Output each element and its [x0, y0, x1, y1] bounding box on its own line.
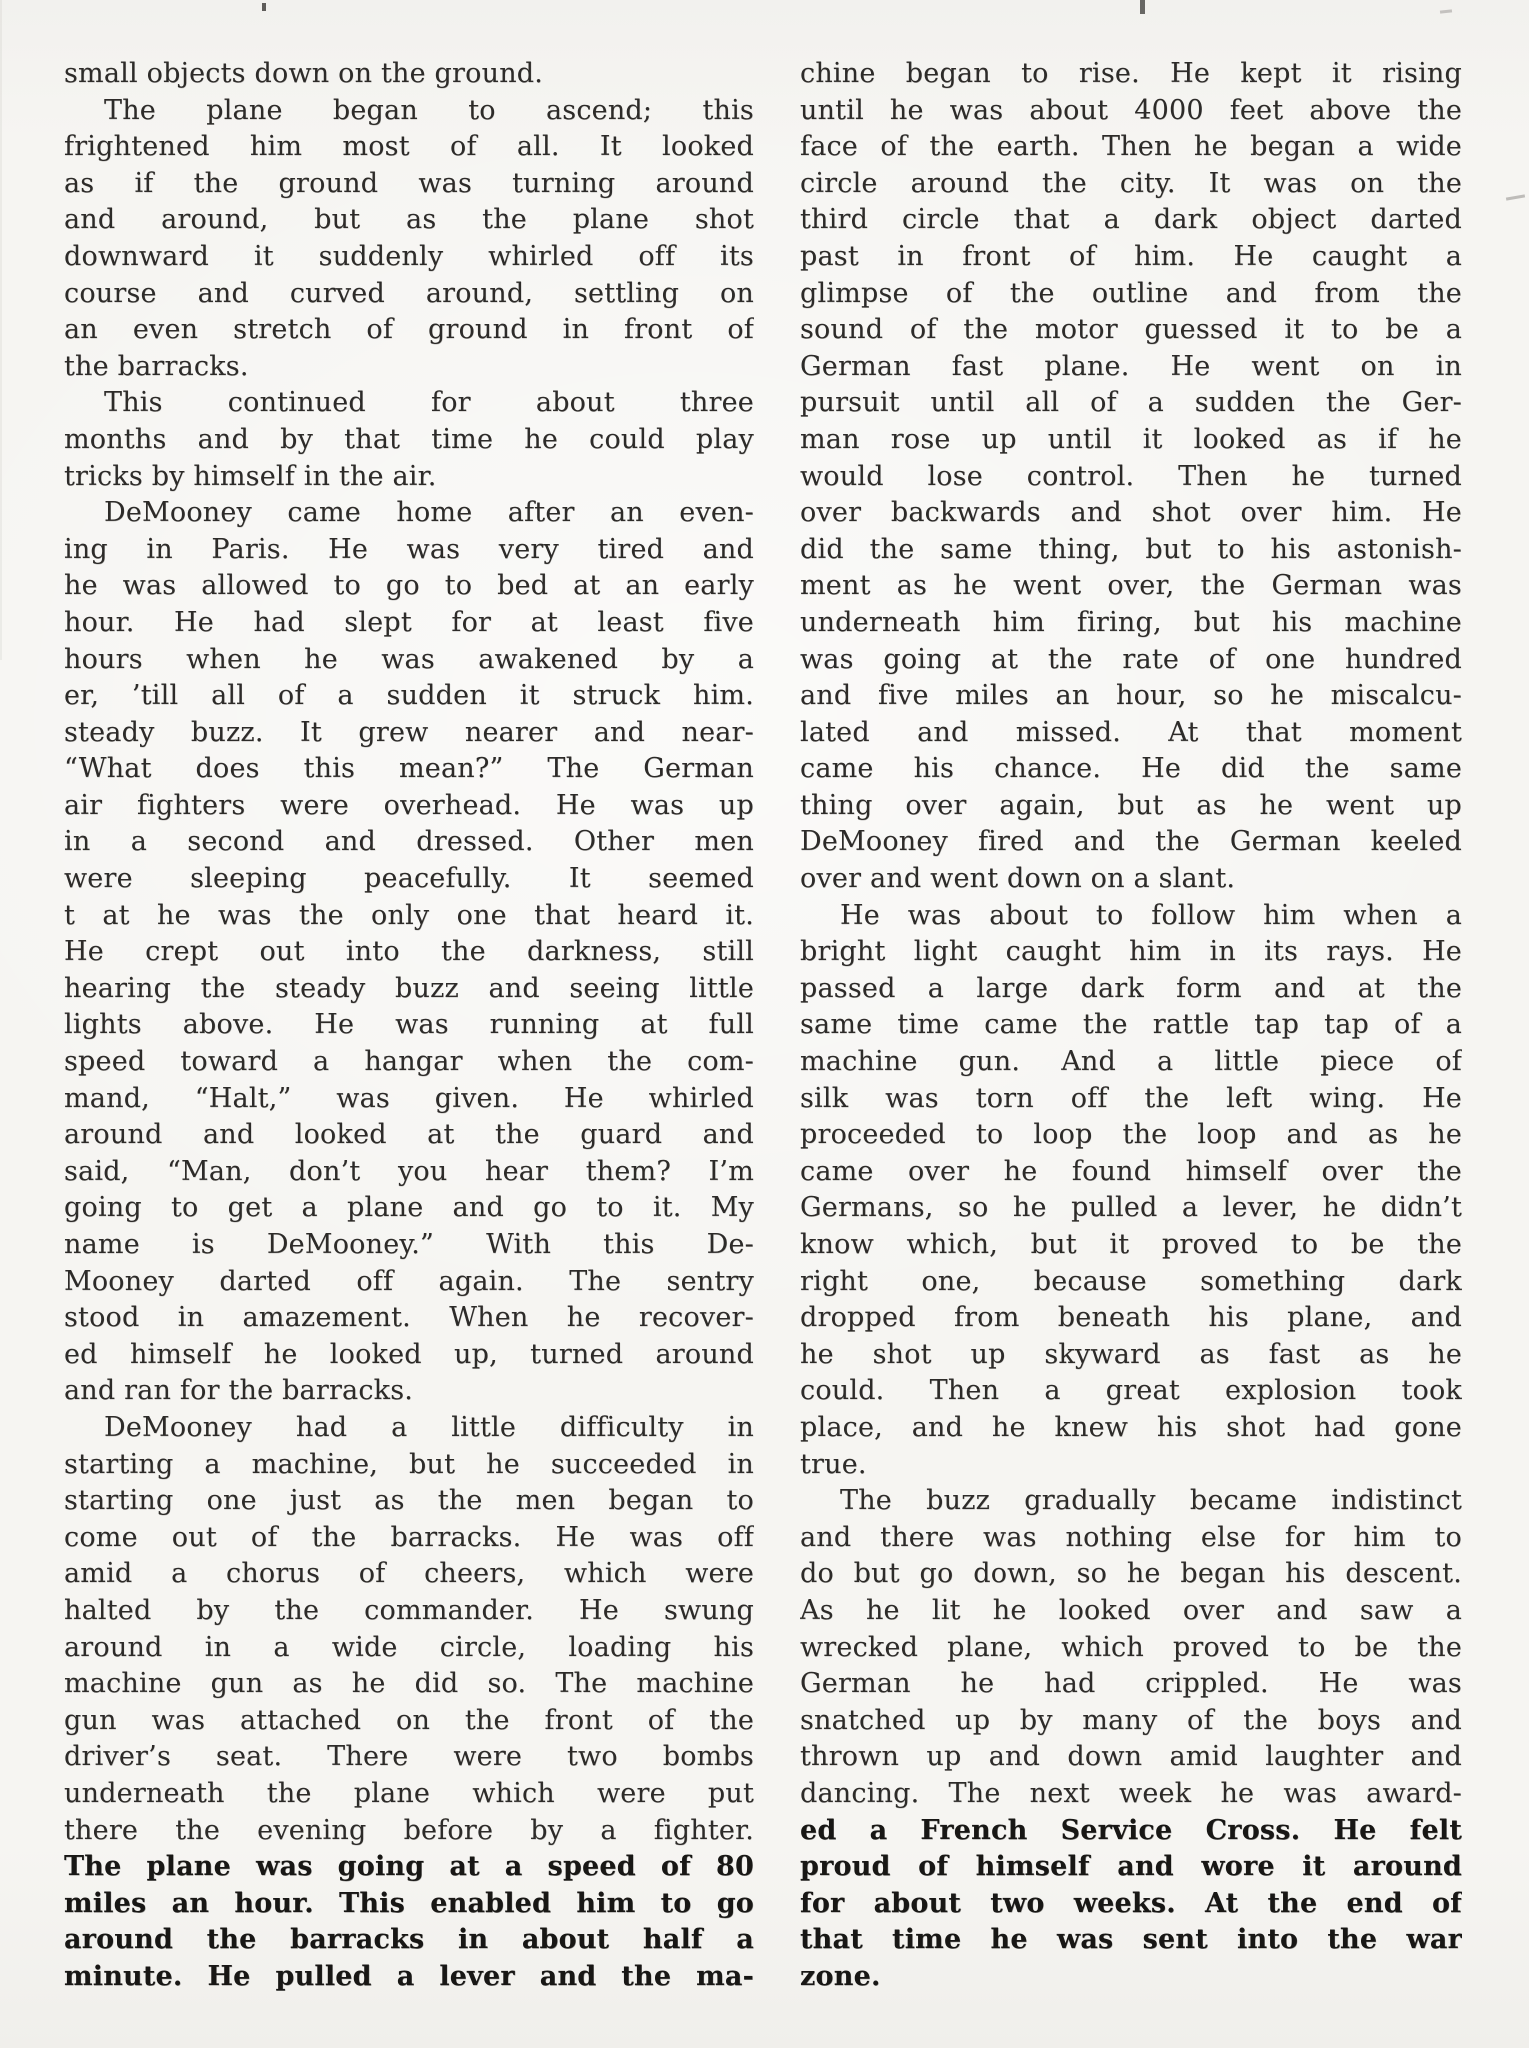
text-line: past in front of him. He caught a — [800, 239, 1462, 276]
text-line: DeMooney came home after an even- — [64, 495, 754, 532]
scan-speck — [262, 3, 266, 11]
left-text-column: small objects down on the ground.The pla… — [64, 56, 754, 1995]
text-line: ment as he went over, the German was — [800, 568, 1462, 605]
text-line: man rose up until it looked as if he — [800, 422, 1462, 459]
text-line: Mooney darted off again. The sentry — [64, 1264, 754, 1301]
text-line: would lose control. Then he turned — [800, 459, 1462, 496]
text-line: glimpse of the outline and from the — [800, 276, 1462, 313]
text-line: t at he was the only one that heard it. — [64, 898, 754, 935]
text-line: The plane was going at a speed of 80 — [64, 1849, 754, 1886]
text-line: name is DeMooney.” With this De- — [64, 1227, 754, 1264]
text-line: around and looked at the guard and — [64, 1117, 754, 1154]
text-line: ed a French Service Cross. He felt — [800, 1813, 1462, 1850]
text-line: as if the ground was turning around — [64, 166, 754, 203]
text-line: steady buzz. It grew nearer and near- — [64, 715, 754, 752]
text-line: there the evening before by a fighter. — [64, 1813, 754, 1850]
text-line: over backwards and shot over him. He — [800, 495, 1462, 532]
text-line: The buzz gradually became indistinct — [800, 1483, 1462, 1520]
scan-fold-line — [0, 0, 2, 660]
text-line: amid a chorus of cheers, which were — [64, 1556, 754, 1593]
text-line: This continued for about three — [64, 385, 754, 422]
text-line: starting one just as the men began to — [64, 1483, 754, 1520]
text-line: proud of himself and wore it around — [800, 1849, 1462, 1886]
text-line: dancing. The next week he was award- — [800, 1776, 1462, 1813]
text-line: miles an hour. This enabled him to go — [64, 1886, 754, 1923]
text-line: lights above. He was running at full — [64, 1007, 754, 1044]
text-line: dropped from beneath his plane, and — [800, 1300, 1462, 1337]
text-line: German fast plane. He went on in — [800, 349, 1462, 386]
text-line: proceeded to loop the loop and as he — [800, 1117, 1462, 1154]
text-line: er, ’till all of a sudden it struck him. — [64, 678, 754, 715]
text-line: machine gun as he did so. The machine — [64, 1666, 754, 1703]
text-line: he shot up skyward as fast as he — [800, 1337, 1462, 1374]
text-line: snatched up by many of the boys and — [800, 1703, 1462, 1740]
text-line: months and by that time he could play — [64, 422, 754, 459]
text-line: come out of the barracks. He was off — [64, 1520, 754, 1557]
text-line: around the barracks in about half a — [64, 1922, 754, 1959]
text-line: small objects down on the ground. — [64, 56, 754, 93]
text-line: the barracks. — [64, 349, 754, 386]
text-line: machine gun. And a little piece of — [800, 1044, 1462, 1081]
text-line: same time came the rattle tap tap of a — [800, 1007, 1462, 1044]
text-line: halted by the commander. He swung — [64, 1593, 754, 1630]
text-line: do but go down, so he began his descent. — [800, 1556, 1462, 1593]
text-line: place, and he knew his shot had gone — [800, 1410, 1462, 1447]
text-line: sound of the motor guessed it to be a — [800, 312, 1462, 349]
text-line: lated and missed. At that moment — [800, 715, 1462, 752]
text-line: chine began to rise. He kept it rising — [800, 56, 1462, 93]
text-line: and ran for the barracks. — [64, 1373, 754, 1410]
text-line: starting a machine, but he succeeded in — [64, 1447, 754, 1484]
text-line: and around, but as the plane shot — [64, 202, 754, 239]
text-line: he was allowed to go to bed at an early — [64, 568, 754, 605]
text-line: was going at the rate of one hundred — [800, 642, 1462, 679]
text-line: ing in Paris. He was very tired and — [64, 532, 754, 569]
text-line: an even stretch of ground in front of — [64, 312, 754, 349]
text-line: bright light caught him in its rays. He — [800, 934, 1462, 971]
scanned-page: { "document": { "kind": "scanned-book-pa… — [0, 0, 1529, 2048]
right-text-column: chine began to rise. He kept it risingun… — [800, 56, 1462, 1995]
text-line: downward it suddenly whirled off its — [64, 239, 754, 276]
text-line: frightened him most of all. It looked — [64, 129, 754, 166]
text-line: and five miles an hour, so he miscalcu- — [800, 678, 1462, 715]
text-line: were sleeping peacefully. It seemed — [64, 861, 754, 898]
text-line: for about two weeks. At the end of — [800, 1886, 1462, 1923]
text-line: He was about to follow him when a — [800, 898, 1462, 935]
text-line: true. — [800, 1447, 1462, 1484]
text-line: zone. — [800, 1959, 1462, 1996]
text-line: going to get a plane and go to it. My — [64, 1190, 754, 1227]
text-line: As he lit he looked over and saw a — [800, 1593, 1462, 1630]
scan-dash — [1506, 194, 1525, 200]
text-line: hour. He had slept for at least five — [64, 605, 754, 642]
text-line: tricks by himself in the air. — [64, 459, 754, 496]
text-line: circle around the city. It was on the — [800, 166, 1462, 203]
text-line: ed himself he looked up, turned around — [64, 1337, 754, 1374]
text-line: thrown up and down amid laughter and — [800, 1739, 1462, 1776]
text-line: Germans, so he pulled a lever, he didn’t — [800, 1190, 1462, 1227]
text-line: know which, but it proved to be the — [800, 1227, 1462, 1264]
text-line: underneath him firing, but his machine — [800, 605, 1462, 642]
text-line: “What does this mean?” The German — [64, 751, 754, 788]
text-line: German he had crippled. He was — [800, 1666, 1462, 1703]
text-line: could. Then a great explosion took — [800, 1373, 1462, 1410]
text-line: passed a large dark form and at the — [800, 971, 1462, 1008]
text-line: He crept out into the darkness, still — [64, 934, 754, 971]
text-line: DeMooney had a little difficulty in — [64, 1410, 754, 1447]
text-line: driver’s seat. There were two bombs — [64, 1739, 754, 1776]
text-line: gun was attached on the front of the — [64, 1703, 754, 1740]
text-line: came over he found himself over the — [800, 1154, 1462, 1191]
text-line: air fighters were overhead. He was up — [64, 788, 754, 825]
text-line: hearing the steady buzz and seeing littl… — [64, 971, 754, 1008]
text-line: stood in amazement. When he recover- — [64, 1300, 754, 1337]
text-line: speed toward a hangar when the com- — [64, 1044, 754, 1081]
text-line: until he was about 4000 feet above the — [800, 93, 1462, 130]
text-line: third circle that a dark object darted — [800, 202, 1462, 239]
text-line: minute. He pulled a lever and the ma- — [64, 1959, 754, 1996]
scan-speck — [1140, 0, 1145, 14]
text-line: underneath the plane which were put — [64, 1776, 754, 1813]
text-line: came his chance. He did the same — [800, 751, 1462, 788]
text-line: course and curved around, settling on — [64, 276, 754, 313]
text-line: right one, because something dark — [800, 1264, 1462, 1301]
text-line: face of the earth. Then he began a wide — [800, 129, 1462, 166]
text-line: silk was torn off the left wing. He — [800, 1081, 1462, 1118]
text-line: did the same thing, but to his astonish- — [800, 532, 1462, 569]
scan-dash — [1440, 9, 1452, 13]
text-line: over and went down on a slant. — [800, 861, 1462, 898]
text-line: thing over again, but as he went up — [800, 788, 1462, 825]
text-line: that time he was sent into the war — [800, 1922, 1462, 1959]
text-line: and there was nothing else for him to — [800, 1520, 1462, 1557]
text-line: pursuit until all of a sudden the Ger- — [800, 385, 1462, 422]
text-line: wrecked plane, which proved to be the — [800, 1630, 1462, 1667]
text-line: The plane began to ascend; this — [64, 93, 754, 130]
text-line: in a second and dressed. Other men — [64, 824, 754, 861]
text-line: hours when he was awakened by a — [64, 642, 754, 679]
text-line: around in a wide circle, loading his — [64, 1630, 754, 1667]
text-line: said, “Man, don’t you hear them? I’m — [64, 1154, 754, 1191]
text-line: DeMooney fired and the German keeled — [800, 824, 1462, 861]
text-line: mand, “Halt,” was given. He whirled — [64, 1081, 754, 1118]
